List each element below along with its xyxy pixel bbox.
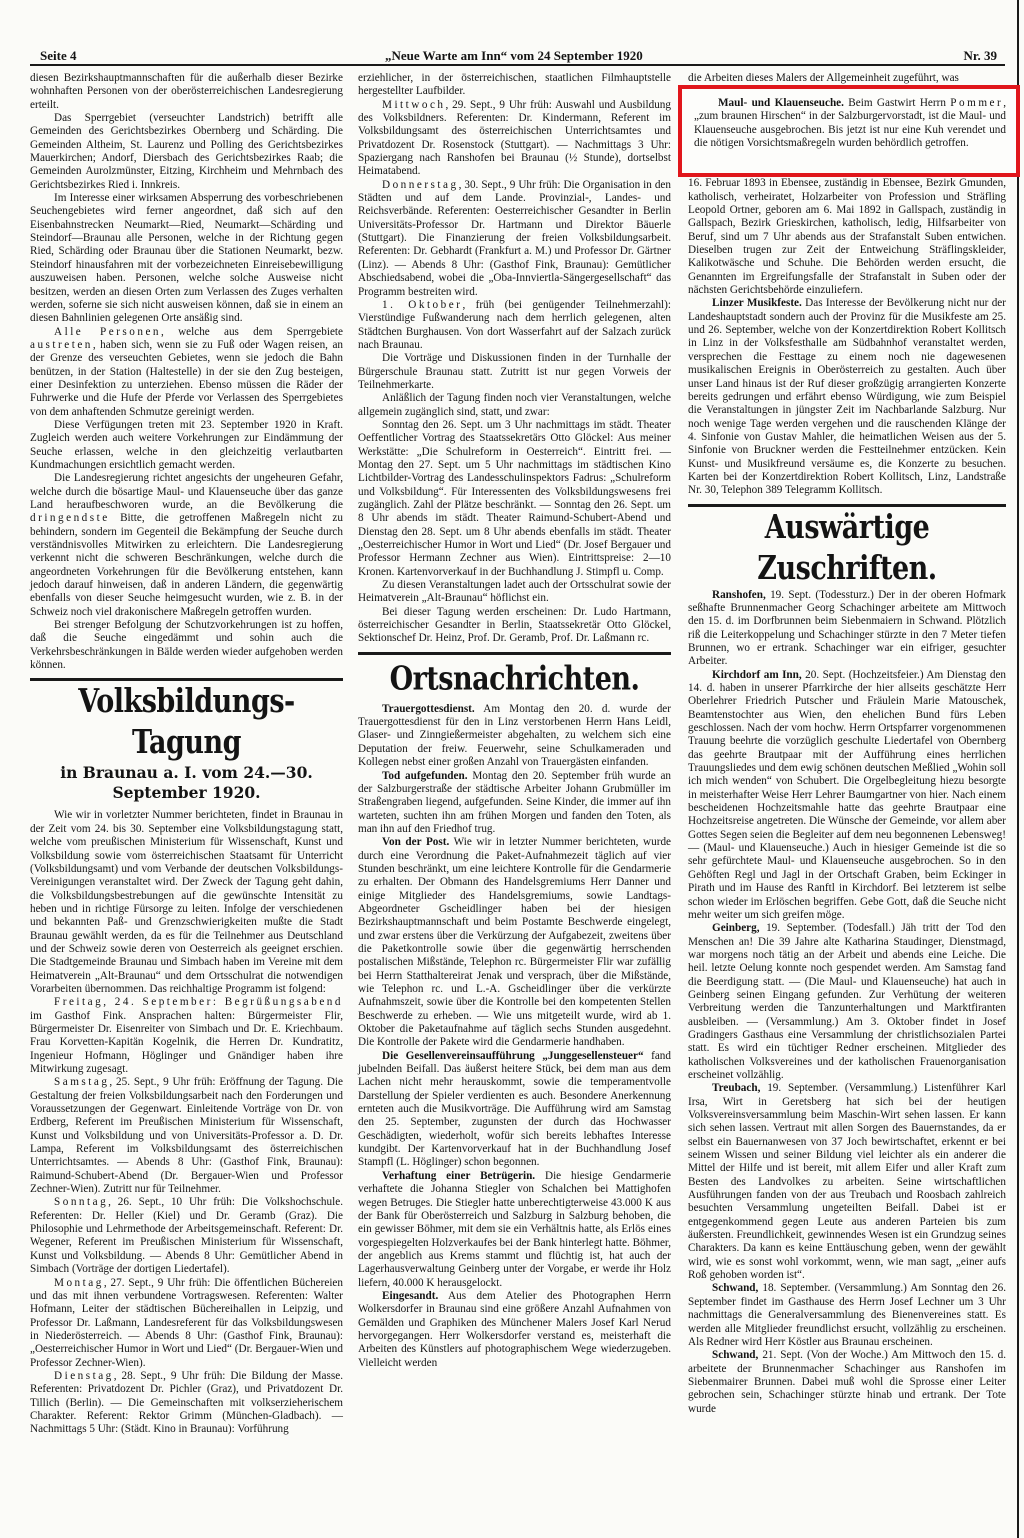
text: , welche aus dem Sperrgebiete <box>161 326 343 338</box>
item-heading: Trauergottesdienst. <box>382 703 475 715</box>
news-item: Die Gesellenvereinsaufführung „Junggesel… <box>358 1050 671 1170</box>
news-item: Linzer Musikfeste. Das Interesse der Bev… <box>688 297 1006 497</box>
item-heading: Schwand, <box>712 1349 758 1361</box>
text: Bitte, die getroffenen Maßregeln nicht z… <box>30 512 343 617</box>
text: 19. September. (Todesfall.) Jäh tritt de… <box>688 922 1006 1081</box>
paragraph: diesen Bezirkshauptmannschaften für die … <box>30 72 343 112</box>
item-heading: Linzer Musikfeste. <box>712 297 802 309</box>
news-item: Trauergottesdienst. Am Montag den 20. d.… <box>358 703 671 770</box>
item-heading: Treubach, <box>712 1082 760 1094</box>
paragraph: Samstag, 25. Sept., 9 Uhr früh: Eröffnun… <box>30 1076 343 1196</box>
highlighted-article-maul-und-klauenseuche[interactable]: Maul- und Klauenseuche. Beim Gastwirt He… <box>678 85 1020 177</box>
item-heading: Eingesandt. <box>382 1290 438 1302</box>
paragraph: Diese Verfügungen treten mit 23. Septemb… <box>30 419 343 472</box>
paragraph: Sonntag den 26. Sept. um 3 Uhr nachmitta… <box>358 419 671 579</box>
spaced-text: Donnerstag <box>382 179 459 191</box>
newspaper-title: „Neue Warte am Inn“ vom 24 September 192… <box>385 48 643 64</box>
paragraph: die Arbeiten dieses Malers der Allgemein… <box>688 72 1006 85</box>
text: , 27. Sept., 9 Uhr früh: Die öffentliche… <box>30 1277 343 1369</box>
item-heading: Ranshofen, <box>712 589 766 601</box>
news-item: Verhaftung einer Betrügerin. Die hiesige… <box>358 1170 671 1290</box>
column-3: die Arbeiten dieses Malers der Allgemein… <box>688 72 1006 1416</box>
column-1: diesen Bezirkshauptmannschaften für die … <box>30 72 343 1437</box>
headline-volksbildungs-tagung: Volksbildungs-Tagung <box>30 683 343 765</box>
spaced-text: Montag <box>54 1277 104 1289</box>
text: Das Interesse der Bevölkerung nicht nur … <box>688 297 1006 496</box>
paragraph: Sonntag, 26. Sept., 10 Uhr früh: Die Vol… <box>30 1196 343 1276</box>
headline-auswaertige-zuschriften: Auswärtige Zuschriften. <box>688 508 1006 590</box>
item-heading: Schwand, <box>712 1282 758 1294</box>
paragraph: Bei dieser Tagung werden erscheinen: Dr.… <box>358 606 671 646</box>
item-heading: Kirchdorf am Inn, <box>712 669 802 681</box>
spaced-text: Samstag <box>54 1076 109 1088</box>
spaced-text: Dienstag <box>54 1370 114 1382</box>
text: 19. September. (Versammlung.) Listenführ… <box>688 1082 1006 1281</box>
news-item: Treubach, 19. September. (Versammlung.) … <box>688 1082 1006 1282</box>
news-item: Eingesandt. Aus dem Atelier des Photogra… <box>358 1290 671 1370</box>
news-item: Schwand, 21. Sept. (Von der Woche.) Am M… <box>688 1349 1006 1416</box>
paragraph: Dienstag, 28. Sept., 9 Uhr früh: Die Bil… <box>30 1370 343 1437</box>
section-divider <box>358 652 671 655</box>
text: 20. Sept. (Hochzeitsfeier.) Am Dienstag … <box>688 669 1006 921</box>
paragraph: Mittwoch, 29. Sept., 9 Uhr früh: Auswahl… <box>358 99 671 179</box>
paragraph: Das Sperrgebiet (verseuchter Landstrich)… <box>30 112 343 192</box>
paragraph: Die Landesregierung richtet angesichts d… <box>30 472 343 619</box>
paragraph: Bei strenger Befolgung der Schutzvorkehr… <box>30 619 343 672</box>
text: fand jubelnden Beifall. Das äußerst heit… <box>358 1050 671 1169</box>
spaced-text: austreten <box>30 339 93 351</box>
paragraph: 16. Februar 1893 in Ebensee, zuständig i… <box>688 177 1006 297</box>
spaced-text: Sonntag <box>54 1196 108 1208</box>
item-heading: Von der Post. <box>382 836 449 848</box>
item-heading: Verhaftung einer Betrügerin. <box>382 1170 535 1182</box>
masthead: Seite 4 „Neue Warte am Inn“ vom 24 Septe… <box>30 46 1005 66</box>
news-item: Tod aufgefunden. Montag den 20. Septembe… <box>358 770 671 837</box>
highlighted-paragraph: Maul- und Klauenseuche. Beim Gastwirt He… <box>694 97 1006 151</box>
item-heading: Tod aufgefunden. <box>382 770 468 782</box>
paragraph: Zu diesen Veranstaltungen ladet auch der… <box>358 579 671 606</box>
news-item: Kirchdorf am Inn, 20. Sept. (Hochzeitsfe… <box>688 669 1006 923</box>
headline-ortsnachrichten: Ortsnachrichten. <box>358 659 671 700</box>
spaced-text: dringendste <box>30 512 110 524</box>
news-item: Schwand, 18. September. (Versammlung.) A… <box>688 1282 1006 1349</box>
text: , 30. Sept., 9 Uhr früh: Die Organisatio… <box>358 179 671 298</box>
paragraph: Anläßlich der Tagung finden noch vier Ve… <box>358 392 671 419</box>
news-item: Geinberg, 19. September. (Todesfall.) Jä… <box>688 922 1006 1082</box>
text: Die hiesige Gendarmerie verhaftete die J… <box>358 1170 671 1289</box>
paragraph: Donnerstag, 30. Sept., 9 Uhr früh: Die O… <box>358 179 671 299</box>
column-2: erziehlicher, in der österreichischen, s… <box>358 72 671 1370</box>
spaced-text: 1. Oktober <box>382 299 462 311</box>
paragraph: Montag, 27. Sept., 9 Uhr früh: Die öffen… <box>30 1277 343 1370</box>
item-heading: Die Gesellenvereinsaufführung „Junggesel… <box>382 1050 644 1062</box>
page-number: Seite 4 <box>40 48 76 64</box>
spaced-text: Pommer <box>950 97 1003 109</box>
paragraph: Alle Personen, welche aus dem Sperrgebie… <box>30 326 343 419</box>
text: im Gasthof Fink. Ansprachen halten: Bürg… <box>30 1010 343 1075</box>
paragraph: Die Vorträge und Diskussionen finden in … <box>358 352 671 392</box>
text: Beim Gastwirt Herrn <box>844 97 950 109</box>
page-edge-rule <box>1017 0 1019 1538</box>
item-heading: Maul- und Klauenseuche. <box>718 97 844 109</box>
spaced-text: Alle Personen <box>54 326 161 338</box>
spaced-text: Mittwoch <box>382 99 446 111</box>
paragraph: Wie wir in vorletzter Nummer berichteten… <box>30 809 343 996</box>
item-heading: Geinberg, <box>712 922 760 934</box>
subheadline: in Braunau a. I. vom 24.—30. September 1… <box>30 763 343 803</box>
issue-number: Nr. 39 <box>964 48 997 64</box>
news-item: Von der Post. Wie wir in letzter Nummer … <box>358 836 671 1050</box>
paragraph: 1. Oktober, früh (bei genügender Teilneh… <box>358 299 671 352</box>
spaced-text: Freitag, 24. September: Begrüßungsabend <box>54 996 343 1008</box>
paragraph: Im Interesse einer wirksamen Absperrung … <box>30 192 343 325</box>
section-divider <box>30 678 343 681</box>
text: Wie wir in letzter Nummer berichteten, w… <box>358 836 671 1048</box>
section-divider <box>688 504 1006 507</box>
paragraph: erziehlicher, in der österreichischen, s… <box>358 72 671 99</box>
text: , 25. Sept., 9 Uhr früh: Eröffnung der T… <box>30 1076 343 1195</box>
news-item: Ranshofen, 19. Sept. (Todessturz.) Der i… <box>688 589 1006 669</box>
paragraph: Freitag, 24. September: Begrüßungsabend … <box>30 996 343 1076</box>
text: Die Landesregierung richtet angesichts d… <box>30 472 343 511</box>
